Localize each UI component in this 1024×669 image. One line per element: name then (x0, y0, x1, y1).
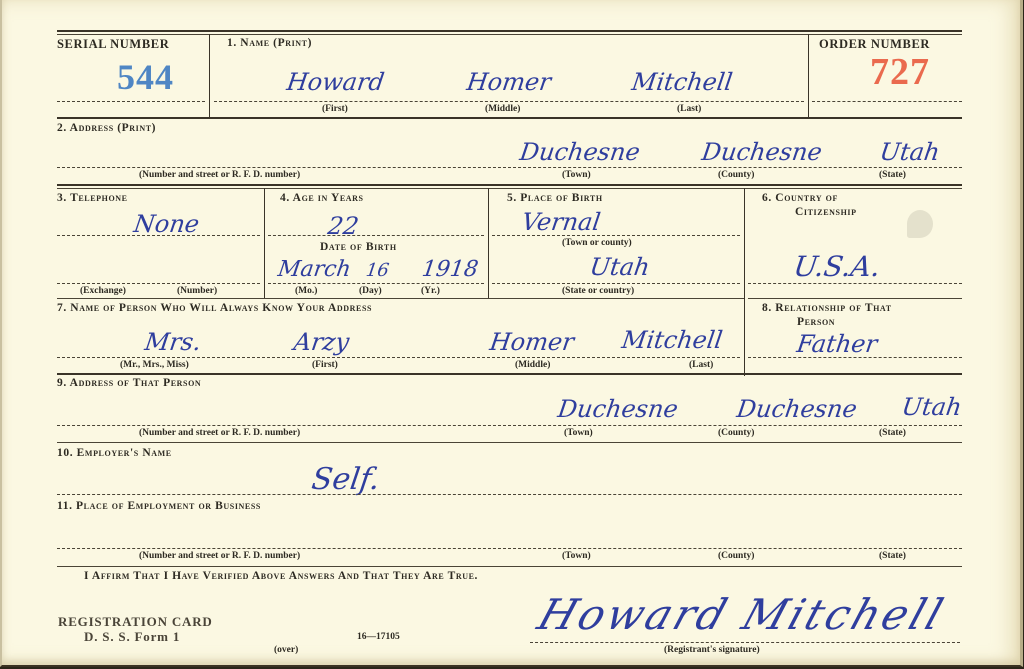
footer-title: REGISTRATION CARD (58, 614, 213, 630)
address-county-caption: (County) (718, 170, 754, 180)
address-town-caption: (Town) (562, 170, 591, 180)
top-rule (57, 30, 962, 32)
dob-day-caption: (Day) (359, 286, 382, 296)
serial-number-value: 544 (117, 56, 174, 98)
dob-year-caption: (Yr.) (421, 286, 440, 296)
paper-stain (907, 210, 933, 238)
age-label: 4. Age in Years (280, 192, 364, 204)
address-county-value: Duchesne (700, 138, 824, 166)
birthplace-town-caption: (Town or county) (562, 238, 632, 248)
birthplace-town-line (492, 235, 740, 236)
contact-last-value: Mitchell (620, 326, 724, 354)
divider (209, 34, 210, 118)
contact-first-value: Arzy (292, 328, 351, 356)
footer-over: (over) (274, 645, 298, 655)
relationship-line (748, 357, 962, 358)
telephone-number-caption: (Number) (177, 286, 217, 296)
name-first-value: Howard (285, 68, 386, 96)
employment-town-caption: (Town) (562, 551, 591, 561)
row-rule (748, 298, 962, 299)
telephone-line (57, 235, 260, 236)
contact-address-street-caption: (Number and street or R. F. D. number) (139, 428, 300, 438)
dob-month-value: March (276, 257, 352, 282)
birthplace-state-line (492, 283, 740, 284)
contact-line (57, 357, 740, 358)
row-rule (57, 442, 962, 443)
address-line (57, 167, 962, 168)
employer-label: 10. Employer's Name (57, 447, 172, 459)
employer-line (57, 494, 962, 495)
relationship-label-2: Person (797, 316, 835, 328)
divider (744, 188, 745, 376)
contact-address-state-caption: (State) (879, 428, 906, 438)
order-number-value: 727 (870, 50, 930, 94)
contact-address-county-value: Duchesne (735, 395, 859, 423)
order-line (812, 101, 962, 102)
dob-year-value: 1918 (420, 257, 480, 282)
footer-form: D. S. S. Form 1 (84, 629, 180, 645)
dob-day-value: 16 (365, 260, 391, 281)
relationship-label-1: 8. Relationship of That (762, 302, 892, 314)
serial-number-label: SERIAL NUMBER (57, 37, 169, 52)
contact-address-town-value: Duchesne (556, 395, 680, 423)
address-label: 2. Address (Print) (57, 122, 156, 134)
serial-line (57, 101, 205, 102)
telephone-exchange-caption: (Exchange) (80, 286, 126, 296)
dob-line (268, 283, 484, 284)
telephone-label: 3. Telephone (57, 192, 128, 204)
registration-card: SERIAL NUMBER 544 1. Name (Print) Howard… (0, 0, 1023, 667)
employment-county-caption: (County) (718, 551, 754, 561)
contact-middle-value: Homer (488, 328, 576, 356)
address-town-value: Duchesne (518, 138, 642, 166)
dob-label: Date of Birth (320, 241, 397, 253)
contact-address-county-caption: (County) (718, 428, 754, 438)
footer-code: 16—17105 (357, 632, 400, 642)
address-state-caption: (State) (879, 170, 906, 180)
row-rule (57, 117, 962, 119)
telephone-value: None (132, 210, 201, 238)
contact-middle-caption: (Middle) (515, 360, 550, 370)
birthplace-town-value: Vernal (520, 208, 602, 236)
top-rule-2 (57, 34, 962, 35)
name-middle-caption: (Middle) (485, 104, 520, 114)
name-middle-value: Homer (465, 68, 553, 96)
contact-first-caption: (First) (312, 360, 338, 370)
contact-address-line (57, 425, 962, 426)
row-rule (57, 184, 962, 186)
divider (264, 188, 265, 298)
contact-last-caption: (Last) (689, 360, 713, 370)
divider (488, 188, 489, 298)
registrant-signature: Howard Mitchell (532, 590, 952, 639)
relationship-value: Father (795, 330, 879, 358)
address-state-value: Utah (878, 138, 942, 166)
dob-month-caption: (Mo.) (295, 286, 317, 296)
row-rule-2 (57, 188, 962, 189)
contact-label: 7. Name of Person Who Will Always Know Y… (57, 302, 372, 314)
name-line (214, 101, 804, 102)
row-rule (57, 566, 962, 567)
row-rule (57, 298, 744, 299)
citizenship-line (748, 283, 962, 284)
name-last-caption: (Last) (677, 104, 701, 114)
signature-caption: (Registrant's signature) (664, 645, 760, 655)
birthplace-label: 5. Place of Birth (507, 192, 603, 204)
citizenship-label-1: 6. Country of (762, 192, 838, 204)
contact-address-state-value: Utah (900, 393, 964, 421)
row-rule (57, 373, 962, 375)
contact-address-label: 9. Address of That Person (57, 377, 201, 389)
birthplace-state-value: Utah (588, 253, 652, 281)
signature-line (530, 642, 960, 643)
employment-place-label: 11. Place of Employment or Business (57, 500, 261, 512)
name-first-caption: (First) (322, 104, 348, 114)
employment-street-caption: (Number and street or R. F. D. number) (139, 551, 300, 561)
contact-address-town-caption: (Town) (564, 428, 593, 438)
age-line (268, 235, 484, 236)
citizenship-label-2: Citizenship (795, 206, 857, 218)
name-last-value: Mitchell (630, 68, 734, 96)
employment-state-caption: (State) (879, 551, 906, 561)
contact-title-caption: (Mr., Mrs., Miss) (120, 360, 189, 370)
contact-title-value: Mrs. (143, 328, 203, 356)
name-label: 1. Name (Print) (227, 37, 312, 49)
address-street-caption: (Number and street or R. F. D. number) (139, 170, 300, 180)
divider (808, 34, 809, 118)
citizenship-value: U.S.A. (792, 250, 883, 283)
affirmation-text: I Affirm That I Have Verified Above Answ… (84, 570, 478, 582)
employment-place-line (57, 548, 962, 549)
telephone-line-2 (57, 283, 260, 284)
employer-value: Self. (310, 462, 382, 497)
birthplace-state-caption: (State or country) (562, 286, 634, 296)
